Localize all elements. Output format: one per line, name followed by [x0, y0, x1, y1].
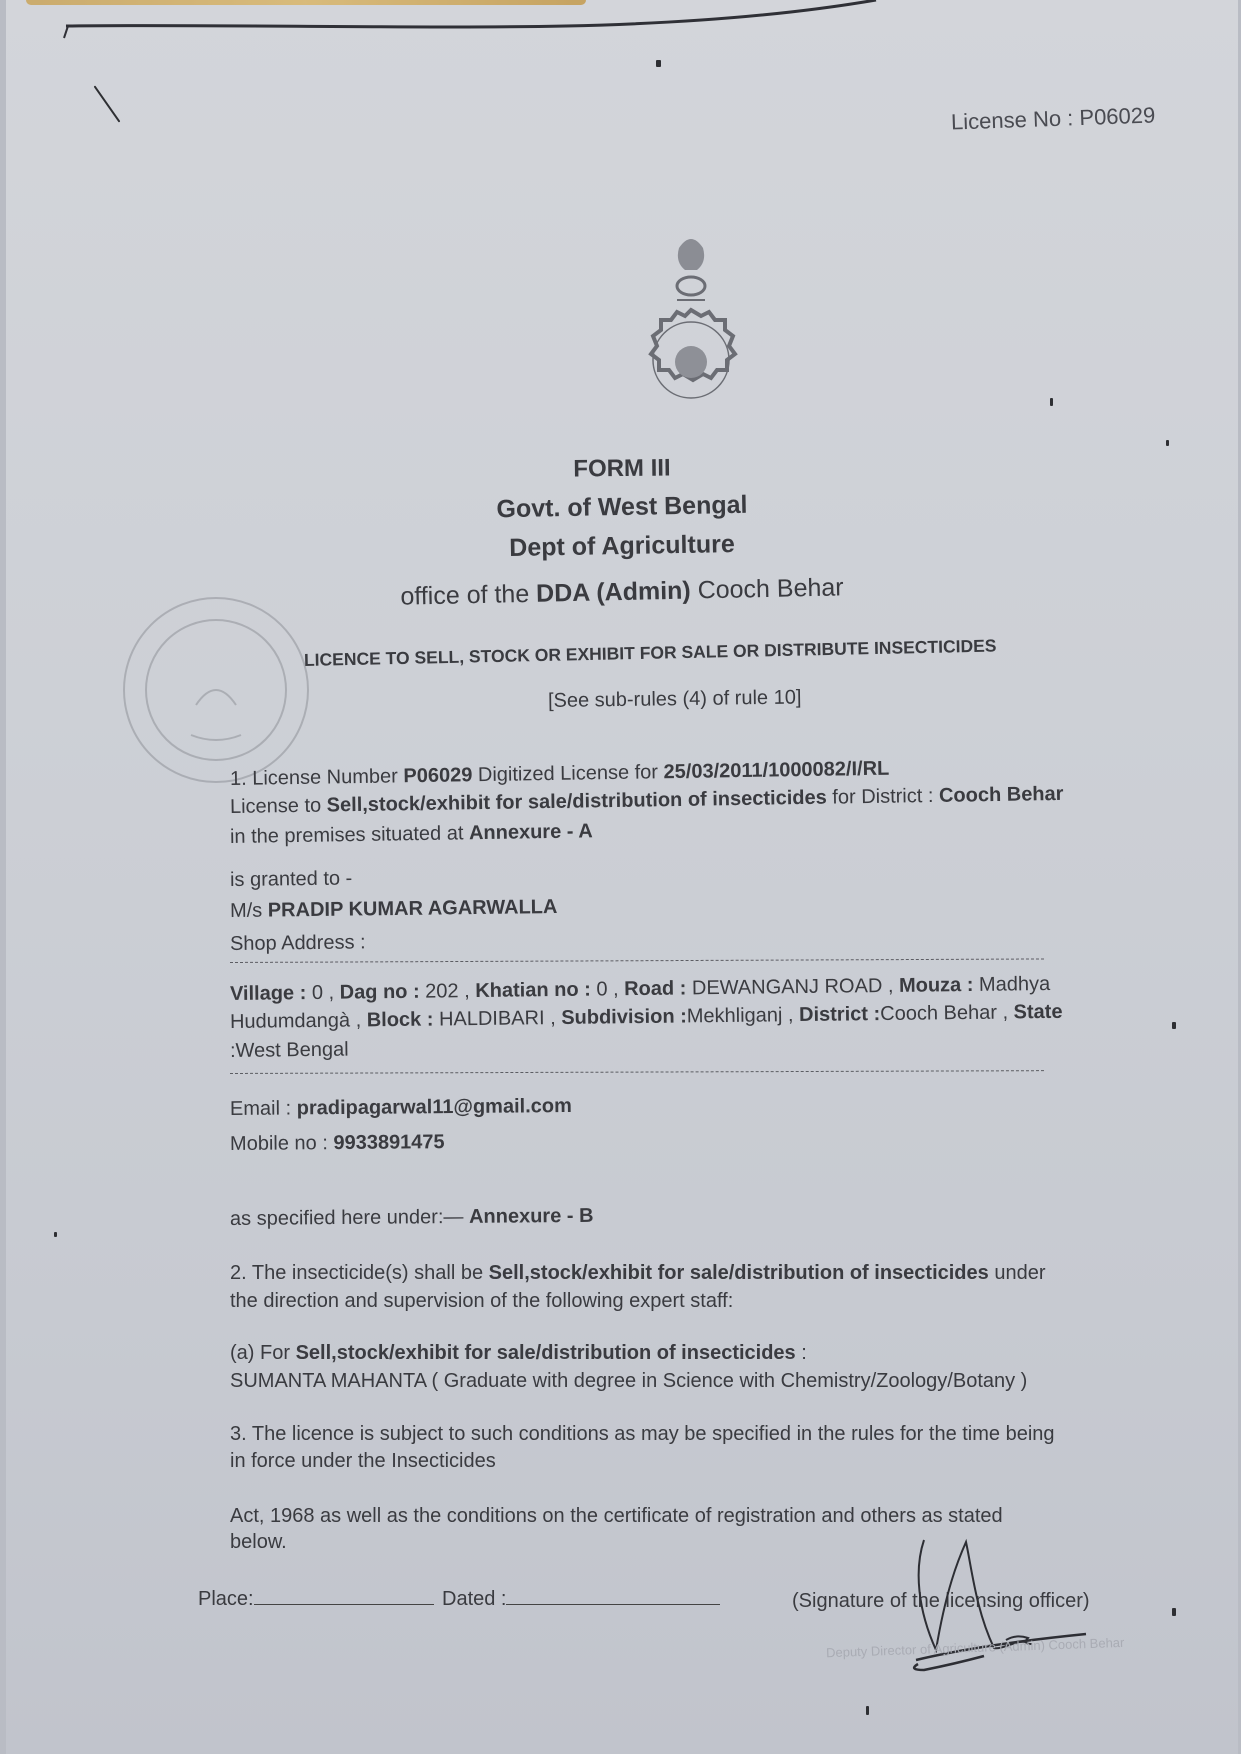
scan-speck — [656, 60, 661, 67]
section-2-line-2: the direction and supervision of the fol… — [230, 1290, 733, 1313]
specified-line: as specified here under:— Annexure - B — [230, 1205, 594, 1231]
mobile-value: 9933891475 — [333, 1131, 444, 1154]
address-divider-bottom — [230, 1070, 1044, 1074]
address-line-2: Hudumdangà , Block : HALDIBARI , Subdivi… — [230, 1001, 1063, 1034]
address-divider-top — [230, 958, 1044, 963]
office-name: office of the DDA (Admin) Cooch Behar — [6, 565, 1238, 620]
scan-speck — [1050, 398, 1053, 406]
section-3-line-3: Act, 1968 as well as the conditions on t… — [230, 1505, 1003, 1528]
state-emblem-icon — [621, 228, 761, 418]
address-line-3: :West Bengal — [230, 1039, 349, 1063]
grantee-name: PRADIP KUMAR AGARWALLA — [268, 896, 558, 922]
scan-speck — [866, 1706, 869, 1715]
section-3-line-2: in force under the Insecticides — [230, 1450, 496, 1473]
section-3-line-1: 3. The licence is subject to such condit… — [230, 1423, 1055, 1446]
place-blank — [254, 1604, 434, 1605]
place-field: Place: — [198, 1588, 434, 1611]
licence-heading: LICENCE TO SELL, STOCK OR EXHIBIT FOR SA… — [304, 635, 997, 671]
officer-signature — [906, 1530, 1106, 1720]
license-number-value: P06029 — [1079, 102, 1156, 130]
section-3-line-4: below. — [230, 1531, 287, 1554]
address-line-1: Village : 0 , Dag no : 202 , Khatian no … — [230, 973, 1050, 1006]
scan-speck — [54, 1232, 57, 1237]
license-document: License No : P06029 FORM III Govt. of We… — [6, 0, 1238, 1754]
scan-speck — [1166, 440, 1169, 446]
premises-line: in the premises situated at Annexure - A — [230, 820, 593, 849]
expert-staff-line: SUMANTA MAHANTA ( Graduate with degree i… — [230, 1370, 1027, 1393]
mobile-line: Mobile no : 9933891475 — [230, 1131, 445, 1156]
form-title: FORM III — [6, 449, 1238, 490]
section-2-a-line: (a) For Sell,stock/exhibit for sale/dist… — [230, 1342, 807, 1365]
granted-to-label: is granted to - — [230, 868, 353, 892]
scan-speck — [1172, 1608, 1176, 1616]
dated-blank — [506, 1604, 720, 1605]
scan-mark — [94, 85, 121, 122]
grantee-line: M/s PRADIP KUMAR AGARWALLA — [230, 896, 558, 923]
shop-address-label: Shop Address : — [230, 931, 366, 956]
license-number-header: License No : P06029 — [951, 102, 1156, 135]
section-2-line-1: 2. The insecticide(s) shall be Sell,stoc… — [230, 1262, 1046, 1285]
pen-stroke-decoration — [6, 0, 1238, 60]
dated-field: Dated : — [442, 1588, 720, 1611]
scan-speck — [1172, 1022, 1176, 1029]
email-line: Email : pradipagarwal11@gmail.com — [230, 1095, 572, 1121]
email-value: pradipagarwal11@gmail.com — [297, 1095, 572, 1119]
sub-rule-reference: [See sub-rules (4) of rule 10] — [548, 686, 802, 713]
